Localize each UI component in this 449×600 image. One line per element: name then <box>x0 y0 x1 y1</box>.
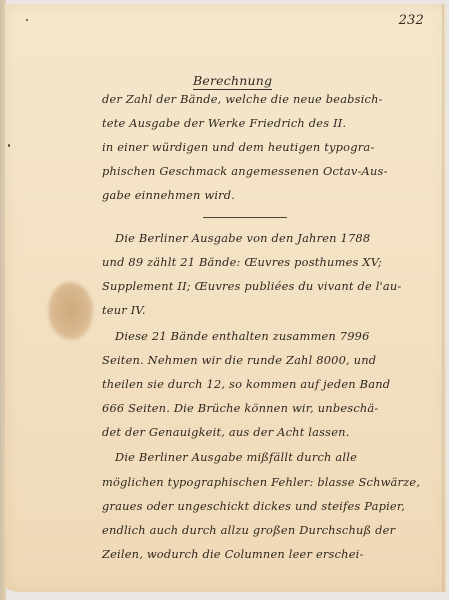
paragraph-1-line: Die Berliner Ausgabe von den Jahren 1788 <box>115 231 370 245</box>
intro-line: der Zahl der Bände, welche die neue beab… <box>102 92 383 106</box>
paragraph-2-line: det der Genauigkeit, aus der Acht lassen… <box>102 425 350 439</box>
section-divider <box>203 217 287 218</box>
paragraph-2-line: theilen sie durch 12, so kommen auf jede… <box>102 377 390 391</box>
paragraph-1-line: und 89 zählt 21 Bände: Œuvres posthumes … <box>102 255 382 269</box>
intro-line: tete Ausgabe der Werke Friedrich des II. <box>102 116 346 130</box>
paragraph-2-line: 666 Seiten. Die Brüche können wir, unbes… <box>102 401 378 415</box>
paragraph-3-line: Zeilen, wodurch die Columnen leer ersche… <box>102 547 364 561</box>
paragraph-1-line: teur IV. <box>102 303 146 317</box>
paragraph-3-line: Die Berliner Ausgabe mißfällt durch alle <box>115 450 357 464</box>
paragraph-3-line: endlich auch durch allzu großen Durchsch… <box>102 523 395 537</box>
paragraph-3-line: graues oder ungeschickt dickes und steif… <box>102 499 405 513</box>
paragraph-3-line: möglichen typographischen Fehler: blasse… <box>102 475 420 489</box>
page-number: 232 <box>399 13 424 28</box>
intro-line: phischen Geschmack angemessenen Octav-Au… <box>102 164 388 178</box>
paragraph-1-line: Supplement II; Œuvres publiées du vivant… <box>102 279 401 293</box>
margin-mark <box>8 144 10 147</box>
intro-line: in einer würdigen und dem heutigen typog… <box>102 140 374 154</box>
intro-line: gabe einnehmen wird. <box>102 188 235 202</box>
document-title: Berechnung <box>193 73 272 90</box>
water-stain <box>48 282 93 340</box>
ink-speck <box>26 19 28 21</box>
paragraph-2-line: Seiten. Nehmen wir die runde Zahl 8000, … <box>102 353 376 367</box>
scan-background: 232 Berechnung der Zahl der Bände, welch… <box>0 0 449 600</box>
paragraph-2-line: Diese 21 Bände enthalten zusammen 7996 <box>115 329 370 343</box>
